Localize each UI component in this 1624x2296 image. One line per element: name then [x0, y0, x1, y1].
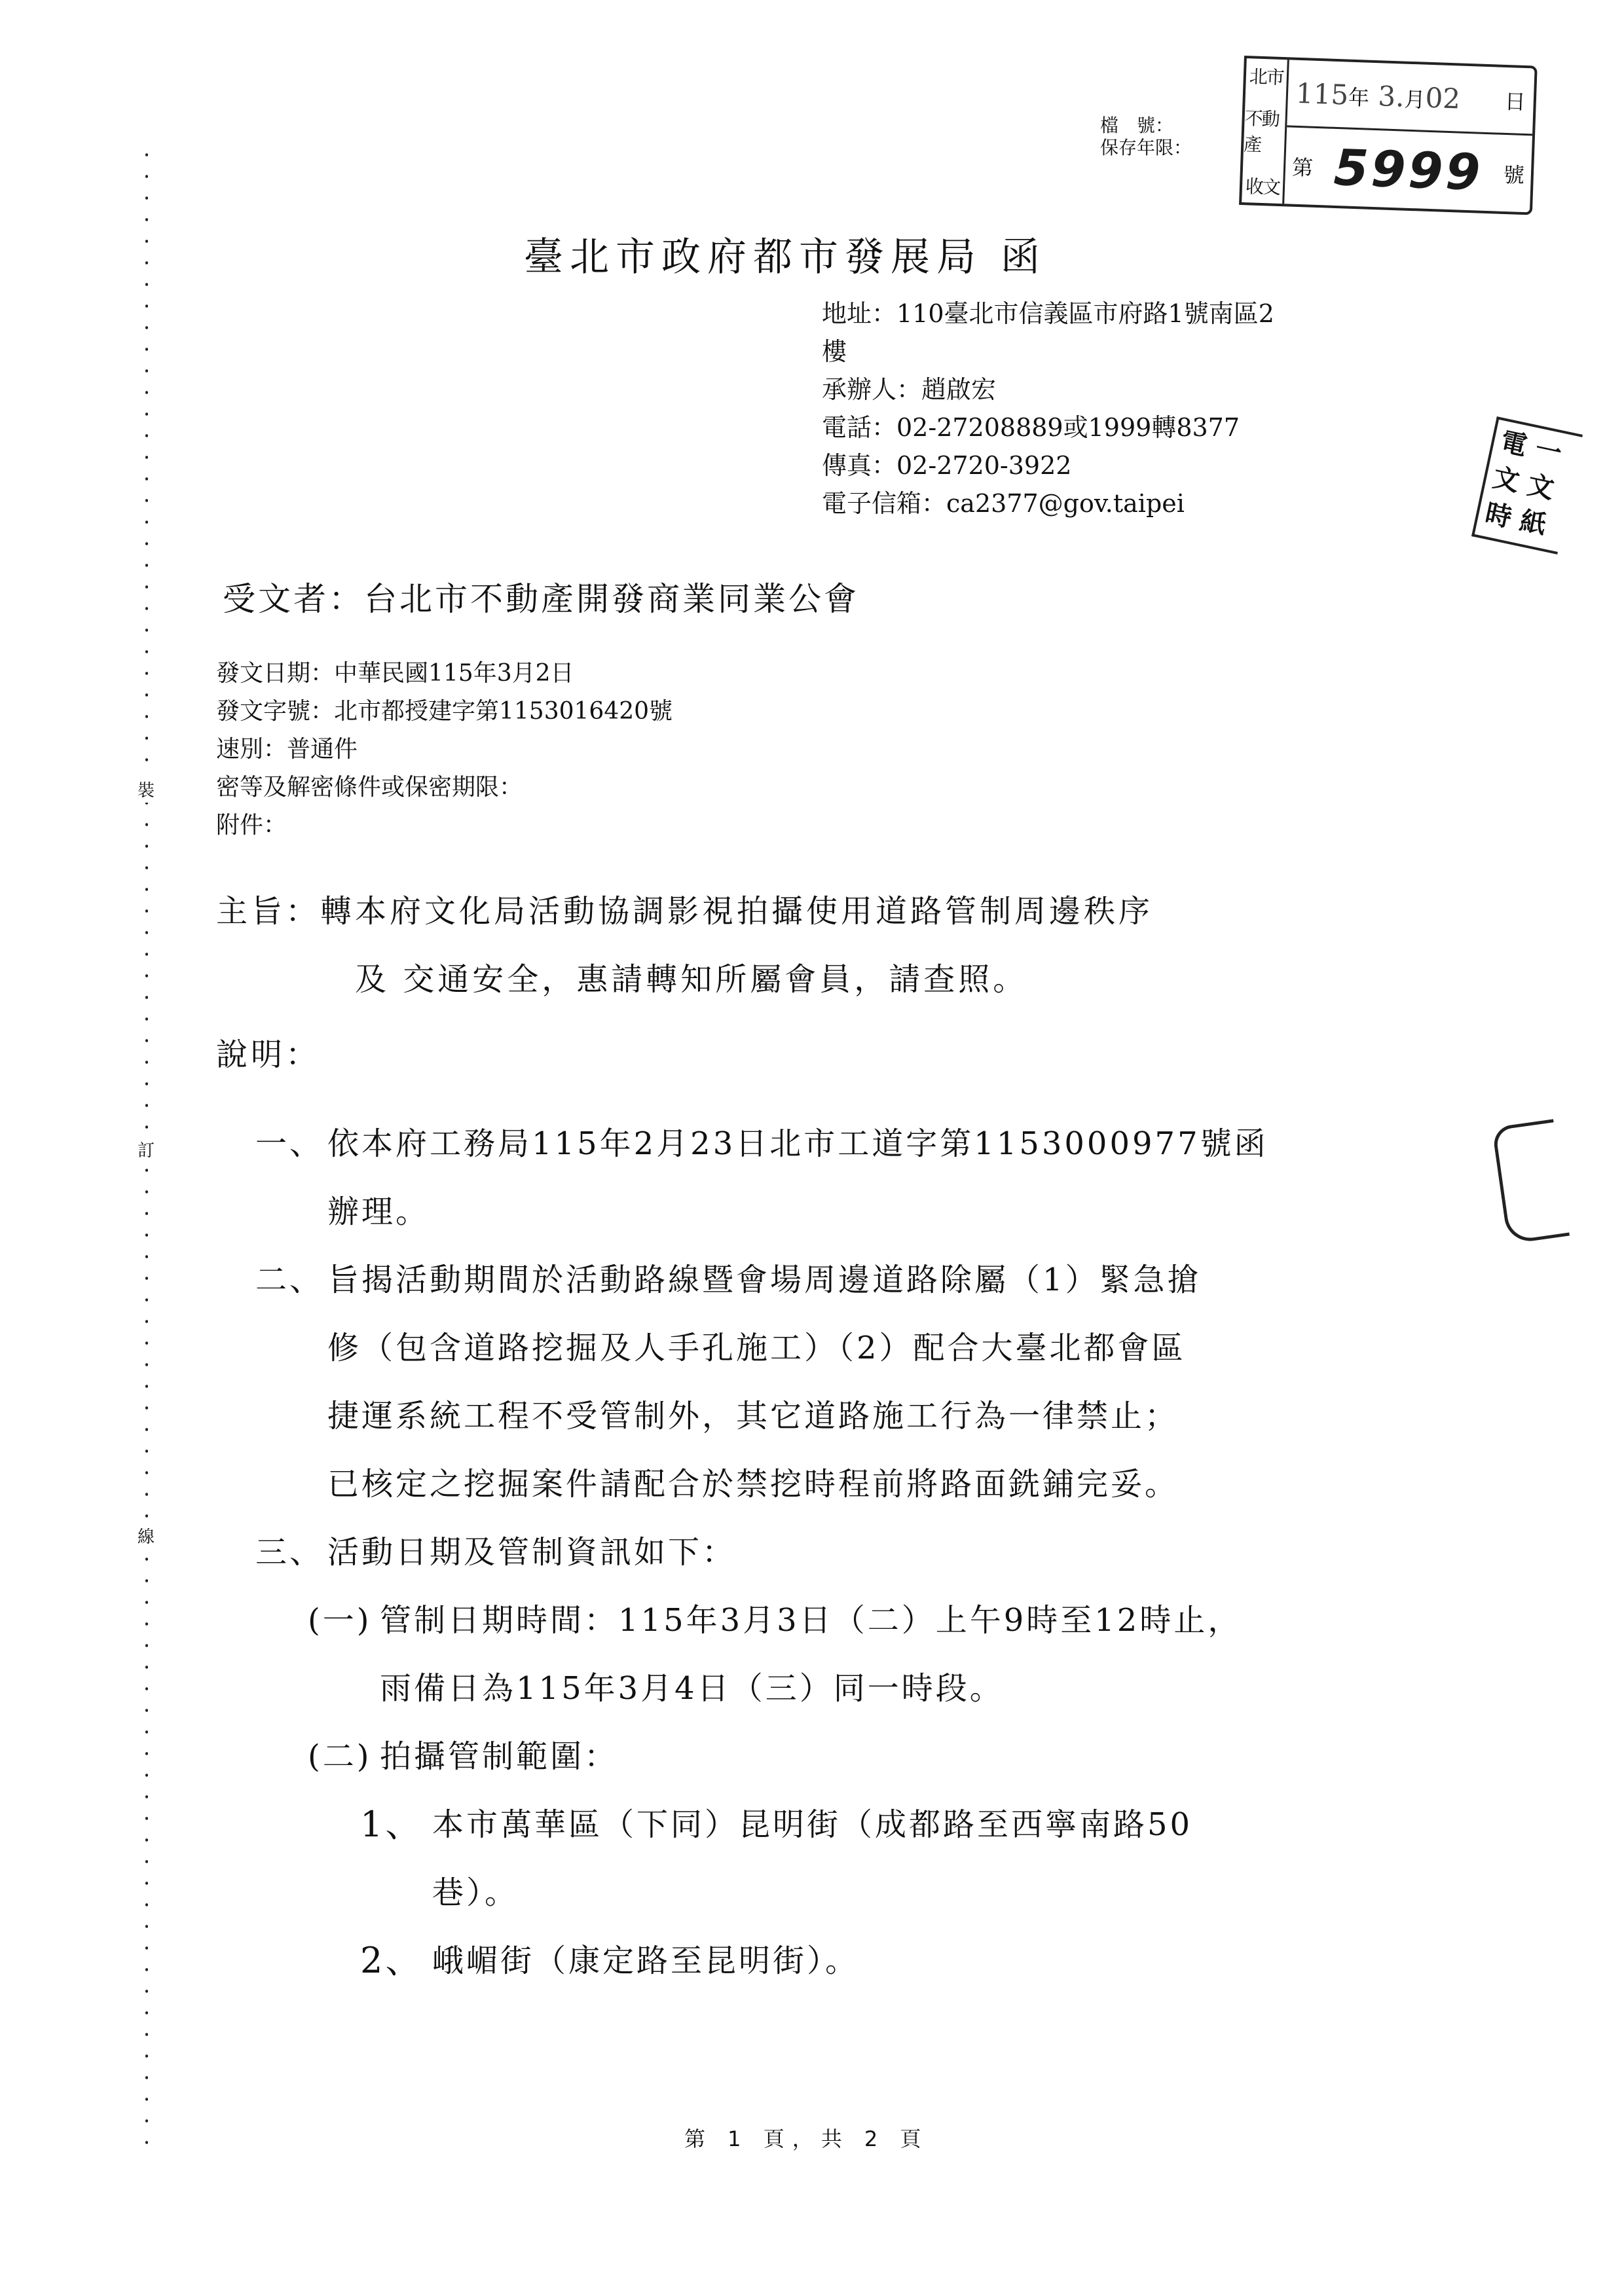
subitem-3-2: (二) 拍攝管制範圍： [255, 1722, 1434, 1791]
recipient-name: 台北市不動產開發商業同業公會 [364, 580, 859, 618]
explanation-item-1: 一、 依本府工務局115年2月23日北市工道字第1153000977號函 [255, 1110, 1434, 1178]
subitem-text: 管制日期時間：115年3月3日（二）上午9時至12時止， [380, 1586, 1434, 1654]
stamp-number: 第 5999 號 [1284, 127, 1532, 212]
item-marker: 三、 [255, 1518, 327, 1586]
scope-item-2: 2、 峨嵋街（康定路至昆明街）。 [255, 1927, 1434, 1995]
stamp-month: 3. [1378, 80, 1405, 113]
address-line-2: 樓 [822, 333, 1274, 371]
subject-label: 主旨： [216, 893, 320, 930]
recipient: 受文者：台北市不動產開發商業同業公會 [223, 573, 859, 620]
issuing-agency: 臺北市政府都市發展局 [524, 234, 982, 280]
scope-marker: 1、 [360, 1791, 432, 1859]
stamp-org-line-3: 收文 [1245, 172, 1280, 200]
issue-number: 發文字號：北市都授建字第1153016420號 [216, 693, 673, 731]
stamp-date: 115年 3.月02 日 [1287, 60, 1534, 136]
item-text: 修（包含道路挖掘及人手孔施工）（2）配合大臺北都會區 [327, 1314, 1434, 1382]
stamp-day-unit: 日 [1504, 85, 1526, 116]
retention-period-label: 保存年限： [1100, 137, 1192, 159]
explanation-item-2: 二、 旨揭活動期間於活動路線暨會場周邊道路除屬（1）緊急搶 [255, 1246, 1434, 1314]
stamp-org-line-1: 北市 [1249, 62, 1283, 90]
subitem-marker: (一) [308, 1586, 380, 1654]
partial-seal-mark [1492, 1119, 1570, 1244]
stamp-day: 02 [1425, 81, 1461, 115]
stamp-number-prefix: 第 [1291, 151, 1314, 181]
item-text: 活動日期及管制資訊如下： [327, 1518, 1434, 1586]
subject-line-1: 轉本府文化局活動協調影視拍攝使用道路管制周邊秩序 [320, 893, 1153, 930]
issue-date: 發文日期：中華民國115年3月2日 [216, 655, 673, 693]
recipient-label: 受文者： [223, 580, 364, 618]
priority: 速別：普通件 [216, 731, 673, 769]
subitem-text: 拍攝管制範圍： [380, 1722, 1434, 1791]
stamp-org-line-2: 不動產 [1244, 104, 1286, 158]
explanation-item-3: 三、 活動日期及管制資訊如下： [255, 1518, 1434, 1586]
electronic-doc-stamp: 電 一 文 文 時 紙 [1471, 416, 1583, 555]
stamp-year: 115 [1295, 77, 1349, 111]
email: 電子信箱：ca2377@gov.taipei [822, 484, 1274, 522]
scope-text: 本市萬華區（下同）昆明街（成都路至西寧南路50 [432, 1791, 1434, 1859]
attachments: 附件： [216, 807, 673, 845]
address-line-1: 地址：110臺北市信義區市府路1號南區2 [822, 295, 1274, 333]
binding-label-line: 線 [138, 1522, 155, 1549]
handler: 承辦人：趙啟宏 [822, 371, 1274, 409]
scope-text: 峨嵋街（康定路至昆明街）。 [432, 1927, 1434, 1995]
scope-marker: 2、 [360, 1927, 432, 1995]
item-text: 捷運系統工程不受管制外，其它道路施工行為一律禁止； [327, 1382, 1434, 1450]
item-text: 辦理。 [327, 1178, 1434, 1246]
binding-label-staple: 訂 [138, 1136, 155, 1163]
document-meta: 發文日期：中華民國115年3月2日 發文字號：北市都授建字第1153016420… [216, 655, 673, 845]
fax: 傳真：02-2720-3922 [822, 446, 1274, 484]
explanation-label: 說明： [216, 1029, 320, 1074]
page-indicator: 第 1 頁，共 2 頁 [684, 2123, 929, 2153]
item-marker: 二、 [255, 1246, 327, 1314]
subject: 主旨：轉本府文化局活動協調影視拍攝使用道路管制周邊秩序 及 交通安全，惠請轉知所… [216, 877, 1395, 1013]
subitem-3-1: (一) 管制日期時間：115年3月3日（二）上午9時至12時止， [255, 1586, 1434, 1654]
contact-block: 地址：110臺北市信義區市府路1號南區2 樓 承辦人：趙啟宏 電話：02-272… [822, 295, 1274, 522]
document-title: 臺北市政府都市發展局函 [524, 226, 1046, 282]
scope-item-1: 1、 本市萬華區（下同）昆明街（成都路至西寧南路50 [255, 1791, 1434, 1859]
file-meta: 檔 號： 保存年限： [1100, 115, 1192, 159]
receipt-stamp: 北市 不動產 收文 115年 3.月02 日 第 5999 號 [1239, 56, 1538, 215]
item-text: 旨揭活動期間於活動路線暨會場周邊道路除屬（1）緊急搶 [327, 1246, 1434, 1314]
stamp-number-handwritten: 5999 [1333, 138, 1483, 202]
item-marker: 一、 [255, 1110, 327, 1178]
item-text: 依本府工務局115年2月23日北市工道字第1153000977號函 [327, 1110, 1434, 1178]
document-type: 函 [1001, 234, 1046, 280]
binding-label-bind: 裝 [138, 776, 155, 803]
subject-line-2: 及 交通安全，惠請轉知所屬會員，請查照。 [216, 945, 1395, 1013]
file-number-label: 檔 號： [1100, 115, 1173, 137]
scope-text: 巷）。 [360, 1859, 1434, 1927]
stamp-number-suffix: 號 [1503, 158, 1525, 189]
subitem-text: 雨備日為115年3月4日（三）同一時段。 [308, 1654, 1434, 1722]
classification: 密等及解密條件或保密期限： [216, 769, 673, 807]
explanation-body: 一、 依本府工務局115年2月23日北市工道字第1153000977號函 辦理。… [255, 1110, 1434, 1995]
phone: 電話：02-27208889或1999轉8377 [822, 409, 1274, 446]
subitem-marker: (二) [308, 1722, 380, 1791]
stamp-month-unit: 月 [1404, 86, 1426, 112]
stamp-year-unit: 年 [1348, 84, 1369, 110]
item-text: 已核定之挖掘案件請配合於禁挖時程前將路面銑鋪完妥。 [327, 1450, 1434, 1518]
